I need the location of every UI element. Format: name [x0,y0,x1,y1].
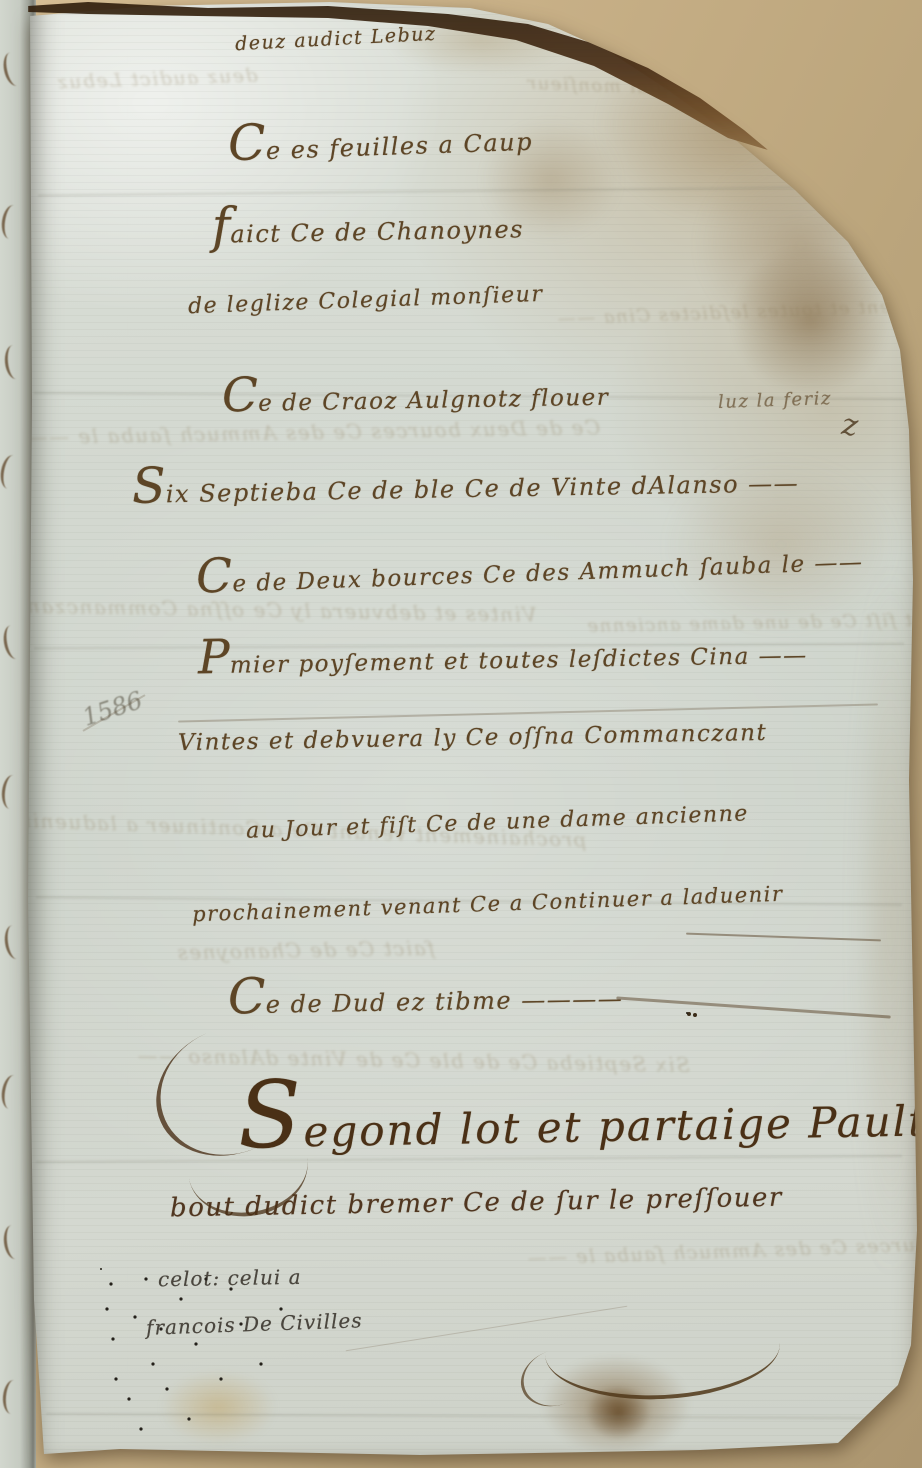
paper-crease [36,1155,902,1163]
ink-speckles [100,1268,102,1270]
stain [666,460,896,630]
pen-stroke [686,933,881,942]
paper-crease [36,896,902,906]
stain [856,560,922,1280]
manuscript-line: Vintes et debvuera ly Ce oſſna Commancza… [178,720,768,756]
paper-crease [38,185,898,196]
stain [696,150,906,340]
paper-leaf: deuz audict Lebuz de leglize Colegial mo… [26,0,918,1462]
manuscript-line: luz la feriz [718,388,833,413]
flourish-arc [513,1339,600,1416]
manuscript-line: prochainement venant Ce a Continuer a la… [192,882,784,927]
bleedthrough-text: prochainement venant Ce a Continuer a la… [20,808,587,852]
paper-crease [34,643,904,650]
manuscript-line: Ce de Craoz Aulgnotz flouer [222,372,610,418]
stain [586,1385,651,1440]
section-heading: Segond lot et partaige Paultre [237,1076,922,1158]
bleedthrough-text: deuz audict Lebuz [56,64,258,93]
stain [731,245,891,395]
stain [161,1370,276,1445]
pen-stroke [178,703,878,722]
bleedthrough-text: Vintes et debvuera ly Ce oſſna Commancza… [16,593,537,626]
bleedthrough-text: Pmier poyſement et toutes leſdictes Cina… [556,292,922,330]
marginal-note: francois De Civilles [146,1308,363,1340]
marginal-note: celot: celui a [158,1265,302,1292]
ink-dots [686,1012,688,1014]
flourish-arc [543,1294,783,1405]
margin-mark: 5 [855,139,877,172]
pen-stroke [616,996,891,1018]
manuscript-photo: deuz audict Lebuz de leglize Colegial mo… [0,0,922,1468]
pen-stroke [346,1306,628,1352]
flourish-arc [135,1002,327,1179]
stain [541,1355,691,1455]
bleedthrough-text: Six Septieba Ce de ble Ce de Vinte dAlan… [136,1043,690,1077]
bleedthrough-text: faict Ce de Chanoynes [176,936,435,965]
manuscript-line: Six Septieba Ce de ble Ce de Vinte dAlan… [132,456,800,509]
paper-leaf-wrap: deuz audict Lebuz de leglize Colegial mo… [0,0,922,1468]
bleedthrough-text: Ce de Deux bources Ce des Ammuch ſauba l… [526,1228,922,1269]
manuscript-line: Pmier poyſement et toutes leſdictes Cina… [198,630,808,680]
paper-crease [34,392,904,400]
manuscript-line: Ce de Deux bources Ce des Ammuch ſauba l… [196,536,864,598]
section-subheading: bout dudict bremer Ce de ſur le preſſoue… [170,1183,783,1224]
bleedthrough-text: Ce de Deux bources Ce des Ammuch ſauba l… [26,415,600,449]
margin-mark: z [840,407,861,444]
pen-stroke [82,694,145,732]
manuscript-line: au Jour et fiſt Ce de une dame ancienne [246,801,749,844]
manuscript-line: Ce es feuilles a Caup [227,115,533,167]
paper-crease [46,1413,886,1419]
flourish-arc [181,1110,316,1225]
stain [481,120,621,240]
stain [596,25,886,225]
manuscript-line: deuz audict Lebuz [235,23,437,56]
manuscript-line: Ce de Dud ez tibme ———— [228,972,624,1020]
margin-year-mark: 1586 [79,686,146,732]
bleedthrough-text: au Jour et fiſt Ce de une dame ancienne [586,608,922,636]
manuscript-line: faict Ce de Chanoynes [212,202,525,248]
manuscript-line: de leglize Colegial monſieur [188,282,544,319]
